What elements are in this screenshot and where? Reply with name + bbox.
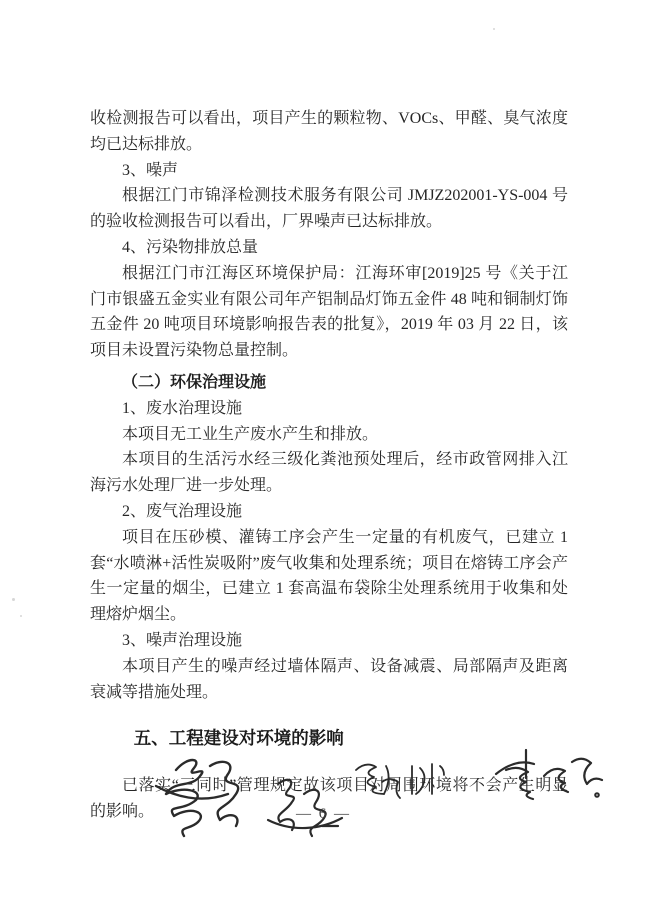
paragraph-approval: 根据江门市江海区环境保护局：江海环审[2019]25 号《关于江门市银盛五金实业… [90, 261, 568, 364]
numbered-item-3-noise: 3、噪声 [90, 158, 568, 184]
numbered-item-3-noise-treatment: 3、噪声治理设施 [90, 628, 568, 654]
numbered-item-2-waste-gas: 2、废气治理设施 [90, 499, 568, 525]
document-page: 收检测报告可以看出，项目产生的颗粒物、VOCs、甲醛、臭气浓度均已达标排放。 3… [0, 0, 647, 915]
paragraph-domestic-sewage: 本项目的生活污水经三级化粪池预处理后，经市政管网排入江海污水处理厂进一步处理。 [90, 447, 568, 499]
scan-speckle [12, 598, 15, 601]
page-number: — 6 — [0, 806, 647, 823]
scan-speckle [493, 28, 495, 30]
numbered-item-4-total-emission: 4、污染物排放总量 [90, 235, 568, 261]
paragraph-noise-treatment: 本项目产生的噪声经过墙体隔声、设备减震、局部隔声及距离衰减等措施处理。 [90, 654, 568, 706]
paragraph-continuation: 收检测报告可以看出，项目产生的颗粒物、VOCs、甲醛、臭气浓度均已达标排放。 [90, 106, 568, 158]
paragraph-waste-gas-treatment: 项目在压砂模、灌铸工序会产生一定量的有机废气，已建立 1 套“水喷淋+活性炭吸附… [90, 525, 568, 628]
paragraph-noise-result: 根据江门市锦泽检测技术服务有限公司 JMJZ202001-YS-004 号的验收… [90, 183, 568, 235]
paragraph-no-industrial-wastewater: 本项目无工业生产废水产生和排放。 [90, 422, 568, 448]
chapter-heading-5: 五、工程建设对环境的影响 [90, 725, 568, 751]
numbered-item-1-wastewater: 1、废水治理设施 [90, 396, 568, 422]
scan-speckle [20, 615, 22, 617]
document-body: 收检测报告可以看出，项目产生的颗粒物、VOCs、甲醛、臭气浓度均已达标排放。 3… [90, 106, 568, 825]
section-heading-2: （二）环保治理设施 [90, 370, 568, 396]
